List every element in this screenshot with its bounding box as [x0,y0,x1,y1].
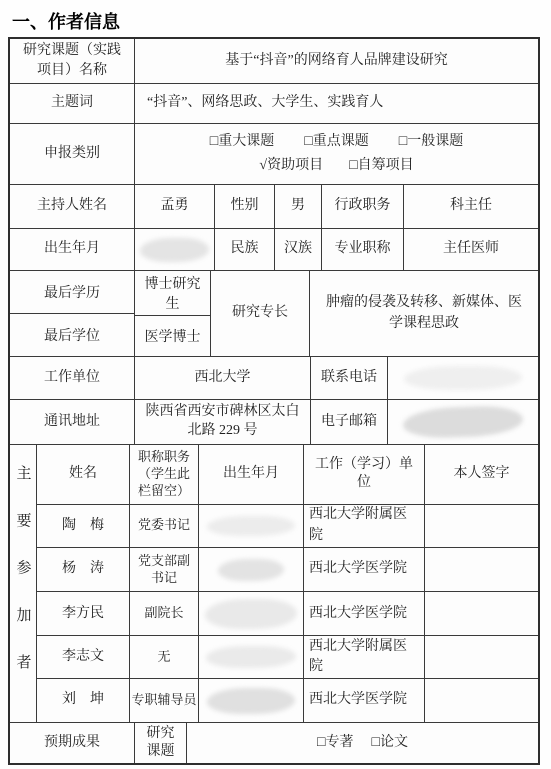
row-education-degree: 最后学历 最后学位 博士研究生 医学博士 研究专长 肿瘤的侵袭及转移、新媒体、医… [10,271,538,357]
redacted-blob [207,688,295,714]
category-options-line2: √资助项目 □自筹项目 [259,156,413,176]
admin-post-value: 科主任 [404,185,538,228]
signature-cell [425,505,538,547]
checkbox-funded-project-checked: √资助项目 [259,156,323,176]
participant-birth-redacted [199,679,304,722]
participant-birth-redacted [199,548,304,592]
phone-value-redacted [388,357,538,399]
checkbox-major-topic: □重大课题 [210,132,274,152]
redacted-blob [207,516,295,536]
outcome-sub-label: 研究课题 [135,723,187,763]
participant-birth-redacted [199,505,304,547]
participant-row: 李志文 无 西北大学附属医院 [37,636,538,679]
col-header-name: 姓名 [37,445,130,504]
participant-unit: 西北大学附属医院 [304,505,425,547]
education-degree-labels: 最后学历 最后学位 [10,271,135,356]
ethnicity-value: 汉族 [275,229,322,270]
outcome-label: 预期成果 [10,723,135,763]
redacted-blob [205,599,297,629]
degree-value: 医学博士 [135,316,210,356]
specialty-value: 肿瘤的侵袭及转移、新媒体、医学课程思政 [310,271,538,356]
participant-row: 李方民 副院长 西北大学医学院 [37,592,538,636]
participant-birth-redacted [199,636,304,678]
degree-label: 最后学位 [10,314,134,357]
employer-label: 工作单位 [10,357,135,399]
keywords-label: 主题词 [10,84,135,123]
redacted-blob [404,366,522,390]
leader-name-value: 孟勇 [135,185,215,228]
checkbox-general-topic: □一般课题 [399,132,463,152]
checkbox-monograph: □专著 [317,733,353,753]
participant-name: 李方民 [37,592,130,635]
row-leader-birth: 出生年月 民族 汉族 专业职称 主任医师 [10,229,538,271]
participant-row: 杨 涛 党支部副书记 西北大学医学院 [37,548,538,593]
participant-row: 刘 坤 专职辅导员 西北大学医学院 [37,679,538,722]
row-category: 申报类别 □重大课题 □重点课题 □一般课题 √资助项目 □自筹项目 [10,124,538,185]
project-name-value: 基于“抖音”的网络育人品牌建设研究 [135,39,538,83]
admin-post-label: 行政职务 [322,185,404,228]
keywords-value: “抖音”、网络思政、大学生、实践育人 [135,84,538,123]
prof-title-value: 主任医师 [404,229,538,270]
row-address-email: 通讯地址 陕西省西安市碑林区太白北路 229 号 电子邮箱 [10,400,538,445]
participant-row: 陶 梅 党委书记 西北大学附属医院 [37,505,538,548]
row-expected-outcome: 预期成果 研究课题 □专著 □论文 [10,723,538,763]
participant-name: 杨 涛 [37,548,130,592]
signature-cell [425,679,538,722]
participant-birth-redacted [199,592,304,635]
phone-label: 联系电话 [311,357,388,399]
row-employer-phone: 工作单位 西北大学 联系电话 [10,357,538,400]
participant-post: 副院长 [130,592,199,635]
participant-unit: 西北大学医学院 [304,679,425,722]
specialty-label: 研究专长 [211,271,310,356]
checkbox-self-funded-project: □自筹项目 [349,156,413,176]
participant-post: 党委书记 [130,505,199,547]
signature-cell [425,548,538,592]
checkbox-paper: □论文 [372,733,408,753]
prof-title-label: 专业职称 [322,229,404,270]
category-label: 申报类别 [10,124,135,184]
ethnicity-label: 民族 [215,229,275,270]
outcome-options: □专著 □论文 [187,723,538,763]
author-info-table: 研究课题（实践项目）名称 基于“抖音”的网络育人品牌建设研究 主题词 “抖音”、… [8,37,540,765]
participant-unit: 西北大学医学院 [304,548,425,592]
participant-name: 陶 梅 [37,505,130,547]
participants-block: 主要参加者 姓名 职称职务（学生此栏留空） 出生年月 工作（学习）单位 本人签字… [10,445,538,723]
redacted-blob [218,559,284,581]
signature-cell [425,636,538,678]
email-value-redacted [388,400,538,444]
participant-name: 李志文 [37,636,130,678]
email-label: 电子邮箱 [311,400,388,444]
employer-value: 西北大学 [135,357,311,399]
participant-unit: 西北大学医学院 [304,592,425,635]
participant-post: 无 [130,636,199,678]
page-title: 一、作者信息 [0,0,551,37]
address-value: 陕西省西安市碑林区太白北路 229 号 [135,400,311,444]
participants-header-row: 姓名 职称职务（学生此栏留空） 出生年月 工作（学习）单位 本人签字 [37,445,538,505]
participant-unit: 西北大学附属医院 [304,636,425,678]
col-header-signature: 本人签字 [425,445,538,504]
participants-side-strip: 主要参加者 [10,445,37,722]
category-options-line1: □重大课题 □重点课题 □一般课题 [210,132,463,152]
participant-post: 党支部副书记 [130,548,199,592]
col-header-birth: 出生年月 [199,445,304,504]
leader-name-label: 主持人姓名 [10,185,135,228]
participants-table: 姓名 职称职务（学生此栏留空） 出生年月 工作（学习）单位 本人签字 陶 梅 党… [37,445,538,722]
row-leader-name: 主持人姓名 孟勇 性别 男 行政职务 科主任 [10,185,538,229]
redacted-blob [403,405,524,439]
participant-post: 专职辅导员 [130,679,199,722]
project-name-label: 研究课题（实践项目）名称 [10,39,135,83]
education-degree-values: 博士研究生 医学博士 [135,271,211,356]
education-label: 最后学历 [10,271,134,314]
education-value: 博士研究生 [135,271,210,316]
birth-label: 出生年月 [10,229,135,270]
col-header-post: 职称职务（学生此栏留空） [130,445,199,504]
participant-name: 刘 坤 [37,679,130,722]
checkbox-key-topic: □重点课题 [304,132,368,152]
birth-value-redacted [135,229,215,270]
participants-side-label: 主要参加者 [13,465,34,701]
scanned-form-page: 一、作者信息 研究课题（实践项目）名称 基于“抖音”的网络育人品牌建设研究 主题… [0,0,551,769]
gender-value: 男 [275,185,322,228]
row-project-name: 研究课题（实践项目）名称 基于“抖音”的网络育人品牌建设研究 [10,39,538,84]
row-keywords: 主题词 “抖音”、网络思政、大学生、实践育人 [10,84,538,124]
address-label: 通讯地址 [10,400,135,444]
redacted-blob [206,646,296,668]
col-header-unit: 工作（学习）单位 [304,445,425,504]
signature-cell [425,592,538,635]
category-options: □重大课题 □重点课题 □一般课题 √资助项目 □自筹项目 [135,124,538,184]
redacted-blob [140,238,209,262]
gender-label: 性别 [215,185,275,228]
